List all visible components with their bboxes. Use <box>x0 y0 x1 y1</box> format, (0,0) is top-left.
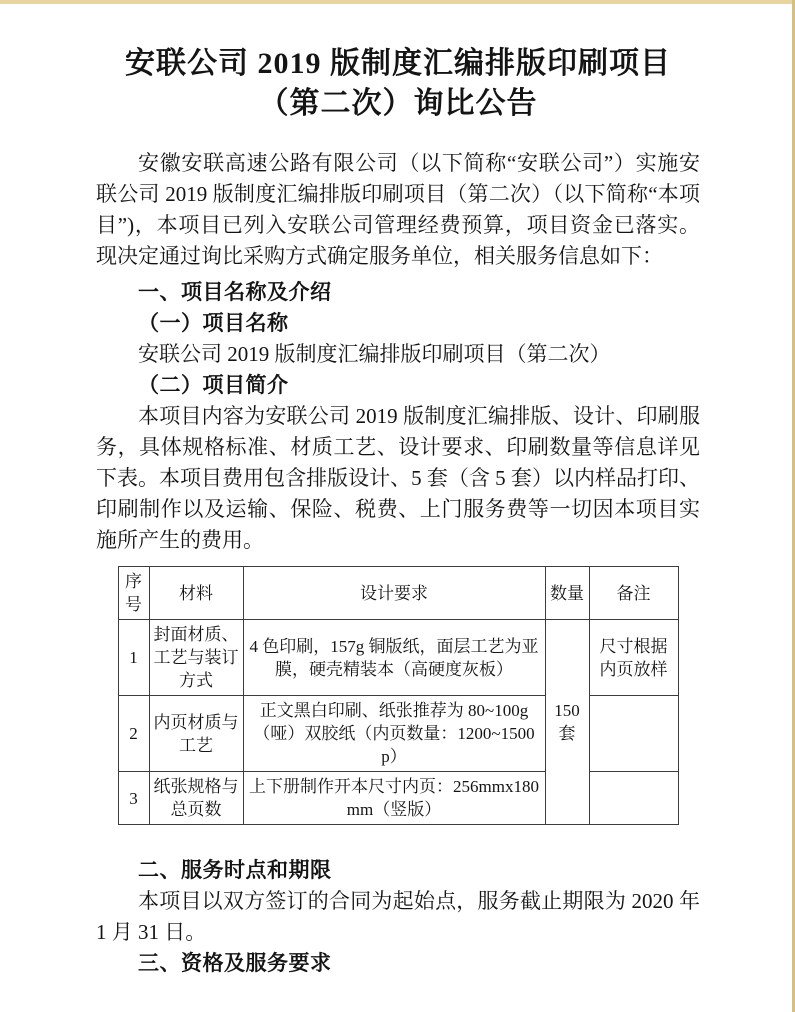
section-2-heading: 二、服务时点和期限 <box>96 855 700 886</box>
row1-remark: 尺寸根据内页放样 <box>589 620 678 696</box>
row3-remark <box>589 772 678 825</box>
table-row: 2 内页材质与工艺 正文黑白印刷、纸张推荐为 80~100g（哑）双胶纸（内页数… <box>118 696 678 772</box>
quantity-merged-cell: 150 套 <box>545 620 589 825</box>
row2-material: 内页材质与工艺 <box>149 696 243 772</box>
intro-paragraph: 安徽安联高速公路有限公司（以下简称“安联公司”）实施安联公司 2019 版制度汇… <box>96 148 700 272</box>
title-line-2: （第二次）询比公告 <box>96 84 700 124</box>
row2-remark <box>589 696 678 772</box>
table-header-row: 序号 材料 设计要求 数量 备注 <box>118 567 678 620</box>
section-1-1-heading: （一）项目名称 <box>96 308 700 339</box>
col-header-requirement: 设计要求 <box>243 567 545 620</box>
col-header-material: 材料 <box>149 567 243 620</box>
specification-table: 序号 材料 设计要求 数量 备注 1 封面材质、工艺与装订方式 4 色印刷，15… <box>118 566 679 825</box>
col-header-quantity: 数量 <box>545 567 589 620</box>
document-title: 安联公司 2019 版制度汇编排版印刷项目 （第二次）询比公告 <box>96 44 700 124</box>
section-2-text: 本项目以双方签订的合同为起始点，服务截止期限为 2020 年 1 月 31 日。 <box>96 886 700 948</box>
row3-requirement: 上下册制作开本尺寸内页：256mmx180mm（竖版） <box>243 772 545 825</box>
section-3-heading: 三、资格及服务要求 <box>96 948 700 979</box>
project-description: 本项目内容为安联公司 2019 版制度汇编排版、设计、印刷服务，具体规格标准、材… <box>96 401 700 556</box>
col-header-no: 序号 <box>118 567 149 620</box>
col-header-remark: 备注 <box>589 567 678 620</box>
table-row: 3 纸张规格与总页数 上下册制作开本尺寸内页：256mmx180mm（竖版） <box>118 772 678 825</box>
section-1-heading: 一、项目名称及介绍 <box>96 277 700 308</box>
project-name-text: 安联公司 2019 版制度汇编排版印刷项目（第二次） <box>96 339 700 370</box>
title-line-1: 安联公司 2019 版制度汇编排版印刷项目 <box>96 44 700 84</box>
row1-material: 封面材质、工艺与装订方式 <box>149 620 243 696</box>
table-row: 1 封面材质、工艺与装订方式 4 色印刷，157g 铜版纸，面层工艺为亚膜，硬壳… <box>118 620 678 696</box>
row2-no: 2 <box>118 696 149 772</box>
row1-requirement: 4 色印刷，157g 铜版纸，面层工艺为亚膜，硬壳精装本（高硬度灰板） <box>243 620 545 696</box>
row3-no: 3 <box>118 772 149 825</box>
section-1-2-heading: （二）项目简介 <box>96 370 700 401</box>
row1-no: 1 <box>118 620 149 696</box>
row3-material: 纸张规格与总页数 <box>149 772 243 825</box>
document-content: 安联公司 2019 版制度汇编排版印刷项目 （第二次）询比公告 安徽安联高速公路… <box>0 0 795 979</box>
row2-requirement: 正文黑白印刷、纸张推荐为 80~100g（哑）双胶纸（内页数量：1200~150… <box>243 696 545 772</box>
